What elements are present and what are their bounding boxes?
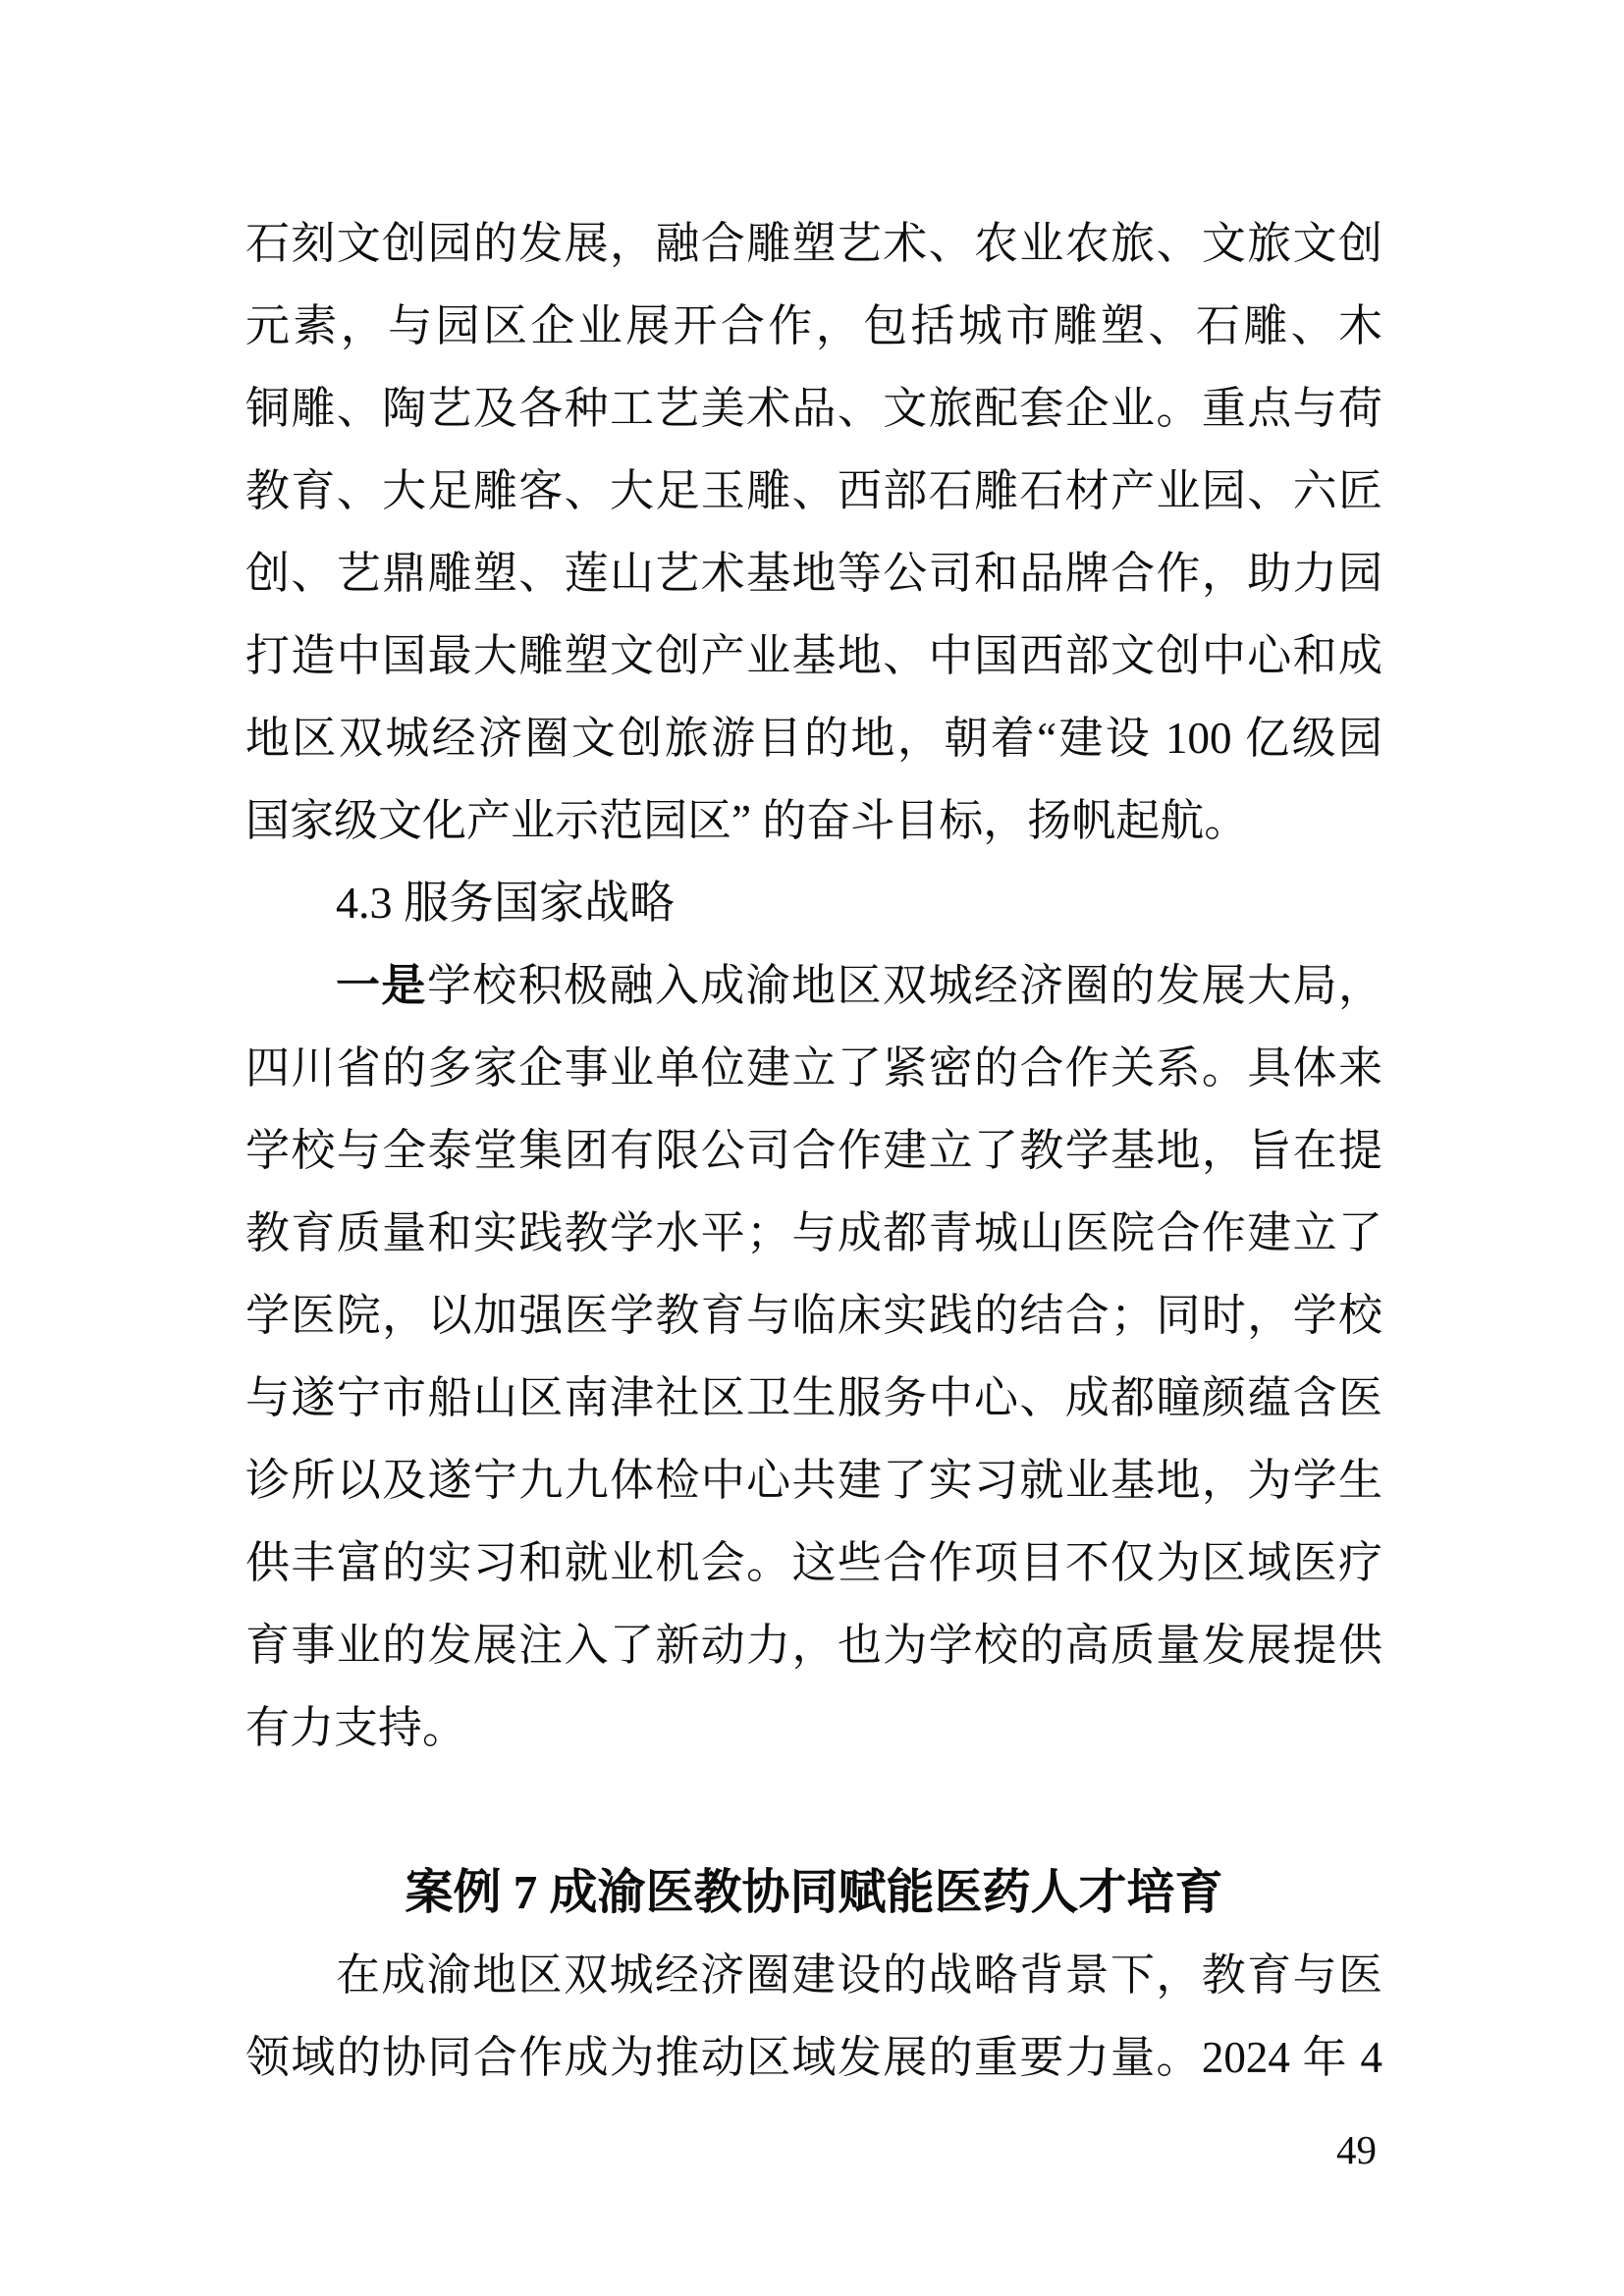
paragraph-2-line: 学医院，以加强医学教育与临床实践的结合；同时，学校还 xyxy=(245,1274,1382,1357)
paragraph-2: 一是学校积极融入成渝地区双城经济圈的发展大局，与 四川省的多家企事业单位建立了紧… xyxy=(245,944,1382,1769)
paragraph-2-line: 诊所以及遂宁九九体检中心共建了实习就业基地，为学生提 xyxy=(245,1439,1382,1522)
paragraph-2-line: 有力支持。 xyxy=(245,1686,1382,1769)
paragraph-3-line: 在成渝地区双城经济圈建设的战略背景下，教育与医疗 xyxy=(245,1934,1382,2016)
paragraph-2-line: 一是学校积极融入成渝地区双城经济圈的发展大局，与 xyxy=(245,944,1382,1027)
paragraph-2-line: 教育质量和实践教学水平；与成都青城山医院合作建立了教 xyxy=(245,1192,1382,1274)
paragraph-2-line-rest: 学校积极融入成渝地区双城经济圈的发展大局，与 xyxy=(336,961,1382,1027)
paragraph-3-line: 领域的协同合作成为推动区域发展的重要力量。2024 年 4 月， xyxy=(245,2016,1382,2099)
paragraph-1-line: 国家级文化产业示范园区” 的奋斗目标，扬帆起航。 xyxy=(245,779,1382,862)
document-page: 石刻文创园的发展，融合雕塑艺术、农业农旅、文旅文创等 元素，与园区企业展开合作，… xyxy=(0,0,1624,2296)
paragraph-2-line: 学校与全泰堂集团有限公司合作建立了教学基地，旨在提升 xyxy=(245,1109,1382,1192)
document-body: 石刻文创园的发展，融合雕塑艺术、农业农旅、文旅文创等 元素，与园区企业展开合作，… xyxy=(245,202,1382,2099)
case-study-heading: 案例 7 成渝医教协同赋能医药人才培育 xyxy=(245,1851,1382,1934)
paragraph-1-line: 元素，与园区企业展开合作，包括城市雕塑、石雕、木雕、 xyxy=(245,285,1382,367)
paragraph-2-line: 育事业的发展注入了新动力，也为学校的高质量发展提供了 xyxy=(245,1604,1382,1686)
bold-lead-text: 一是 xyxy=(336,961,427,1010)
page-number: 49 xyxy=(1336,2128,1377,2171)
paragraph-1: 石刻文创园的发展，融合雕塑艺术、农业农旅、文旅文创等 元素，与园区企业展开合作，… xyxy=(245,202,1382,862)
paragraph-3: 在成渝地区双城经济圈建设的战略背景下，教育与医疗 领域的协同合作成为推动区域发展… xyxy=(245,1934,1382,2099)
paragraph-1-line: 创、艺鼎雕塑、莲山艺术基地等公司和品牌合作，助力园区 xyxy=(245,532,1382,614)
paragraph-1-line: 铜雕、陶艺及各种工艺美术品、文旅配套企业。重点与荷马 xyxy=(245,367,1382,450)
paragraph-1-line: 教育、大足雕客、大足玉雕、西部石雕石材产业园、六匠文 xyxy=(245,450,1382,532)
paragraph-2-line: 供丰富的实习和就业机会。这些合作项目不仅为区域医疗教 xyxy=(245,1522,1382,1604)
paragraph-1-line: 打造中国最大雕塑文创产业基地、中国西部文创中心和成渝 xyxy=(245,614,1382,697)
paragraph-2-line: 四川省的多家企事业单位建立了紧密的合作关系。具体来说， xyxy=(245,1027,1382,1109)
paragraph-1-line: 地区双城经济圈文创旅游目的地，朝着“建设 100 亿级园区、 xyxy=(245,697,1382,779)
section-heading-4-3: 4.3 服务国家战略 xyxy=(245,862,1382,944)
paragraph-1-line: 石刻文创园的发展，融合雕塑艺术、农业农旅、文旅文创等 xyxy=(245,202,1382,285)
paragraph-2-line: 与遂宁市船山区南津社区卫生服务中心、成都瞳颜蕴含医美 xyxy=(245,1357,1382,1439)
